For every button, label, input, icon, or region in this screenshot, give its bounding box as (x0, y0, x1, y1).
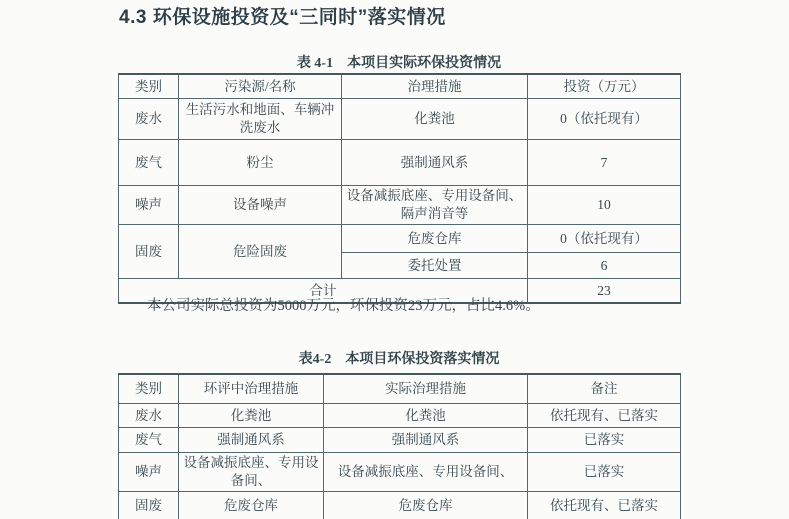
table-row: 固废 危险固废 危废仓库 0（依托现有） (119, 225, 681, 253)
cell-eia-measure: 化粪池 (179, 404, 324, 428)
cell-actual-measure: 化粪池 (324, 404, 528, 428)
column-header-investment: 投资（万元） (528, 74, 681, 99)
summary-paragraph: 本公司实际总投资为5000万元，环保投资23万元，占比4.6%。 (118, 297, 684, 317)
cell-category: 废水 (119, 99, 179, 140)
cell-source: 危险固废 (179, 225, 342, 279)
cell-measure: 化粪池 (342, 99, 528, 140)
cell-note: 已落实 (528, 428, 681, 453)
cell-actual-measure: 强制通风系 (324, 428, 528, 453)
table-actual-investment: 类别 污染源/名称 治理措施 投资（万元） 废水 生活污水和地面、车辆冲洗废水 … (118, 73, 681, 304)
table-row: 废水 生活污水和地面、车辆冲洗废水 化粪池 0（依托现有） (119, 99, 681, 140)
table-row: 废水 化粪池 化粪池 依托现有、已落实 (119, 404, 681, 428)
table-row: 废气 强制通风系 强制通风系 已落实 (119, 428, 681, 453)
cell-category: 废气 (119, 428, 179, 453)
cell-actual-measure: 设备减振底座、专用设备间、 (324, 453, 528, 492)
table-investment-implementation: 类别 环评中治理措施 实际治理措施 备注 废水 化粪池 化粪池 依托现有、已落实… (118, 373, 681, 519)
table-row: 废气 粉尘 强制通风系 7 (119, 140, 681, 186)
cell-eia-measure: 危废仓库 (179, 492, 324, 519)
cell-measure: 设备减振底座、专用设备间、隔声消音等 (342, 186, 528, 225)
cell-eia-measure: 强制通风系 (179, 428, 324, 453)
cell-note: 依托现有、已落实 (528, 492, 681, 519)
cell-investment: 10 (528, 186, 681, 225)
table1-caption: 表 4-1 本项目实际环保投资情况 (118, 52, 680, 72)
table-row: 固废 危废仓库 危废仓库 依托现有、已落实 (119, 492, 681, 519)
column-header-category: 类别 (119, 374, 179, 404)
cell-category: 固废 (119, 492, 179, 519)
column-header-measure: 治理措施 (342, 74, 528, 99)
table2-caption: 表4-2 本项目环保投资落实情况 (118, 348, 680, 368)
cell-source: 粉尘 (179, 140, 342, 186)
cell-measure: 强制通风系 (342, 140, 528, 186)
cell-investment: 7 (528, 140, 681, 186)
cell-measure: 危废仓库 (342, 225, 528, 253)
cell-measure: 委托处置 (342, 253, 528, 279)
table-header-row: 类别 环评中治理措施 实际治理措施 备注 (119, 374, 681, 404)
cell-investment: 0（依托现有） (528, 99, 681, 140)
cell-note: 依托现有、已落实 (528, 404, 681, 428)
cell-actual-measure: 危废仓库 (324, 492, 528, 519)
table-header-row: 类别 污染源/名称 治理措施 投资（万元） (119, 74, 681, 99)
table-row: 噪声 设备减振底座、专用设备间、 设备减振底座、专用设备间、 已落实 (119, 453, 681, 492)
column-header-category: 类别 (119, 74, 179, 99)
cell-investment: 0（依托现有） (528, 225, 681, 253)
cell-category: 噪声 (119, 453, 179, 492)
cell-source: 设备噪声 (179, 186, 342, 225)
cell-category: 噪声 (119, 186, 179, 225)
column-header-source: 污染源/名称 (179, 74, 342, 99)
cell-category: 固废 (119, 225, 179, 279)
column-header-actual-measure: 实际治理措施 (324, 374, 528, 404)
cell-eia-measure: 设备减振底座、专用设备间、 (179, 453, 324, 492)
section-heading: 4.3 环保设施投资及“三同时”落实情况 (119, 2, 446, 29)
cell-source: 生活污水和地面、车辆冲洗废水 (179, 99, 342, 140)
table-row: 噪声 设备噪声 设备减振底座、专用设备间、隔声消音等 10 (119, 186, 681, 225)
column-header-eia-measure: 环评中治理措施 (179, 374, 324, 404)
cell-category: 废水 (119, 404, 179, 428)
column-header-note: 备注 (528, 374, 681, 404)
cell-investment: 6 (528, 253, 681, 279)
cell-category: 废气 (119, 140, 179, 186)
cell-note: 已落实 (528, 453, 681, 492)
